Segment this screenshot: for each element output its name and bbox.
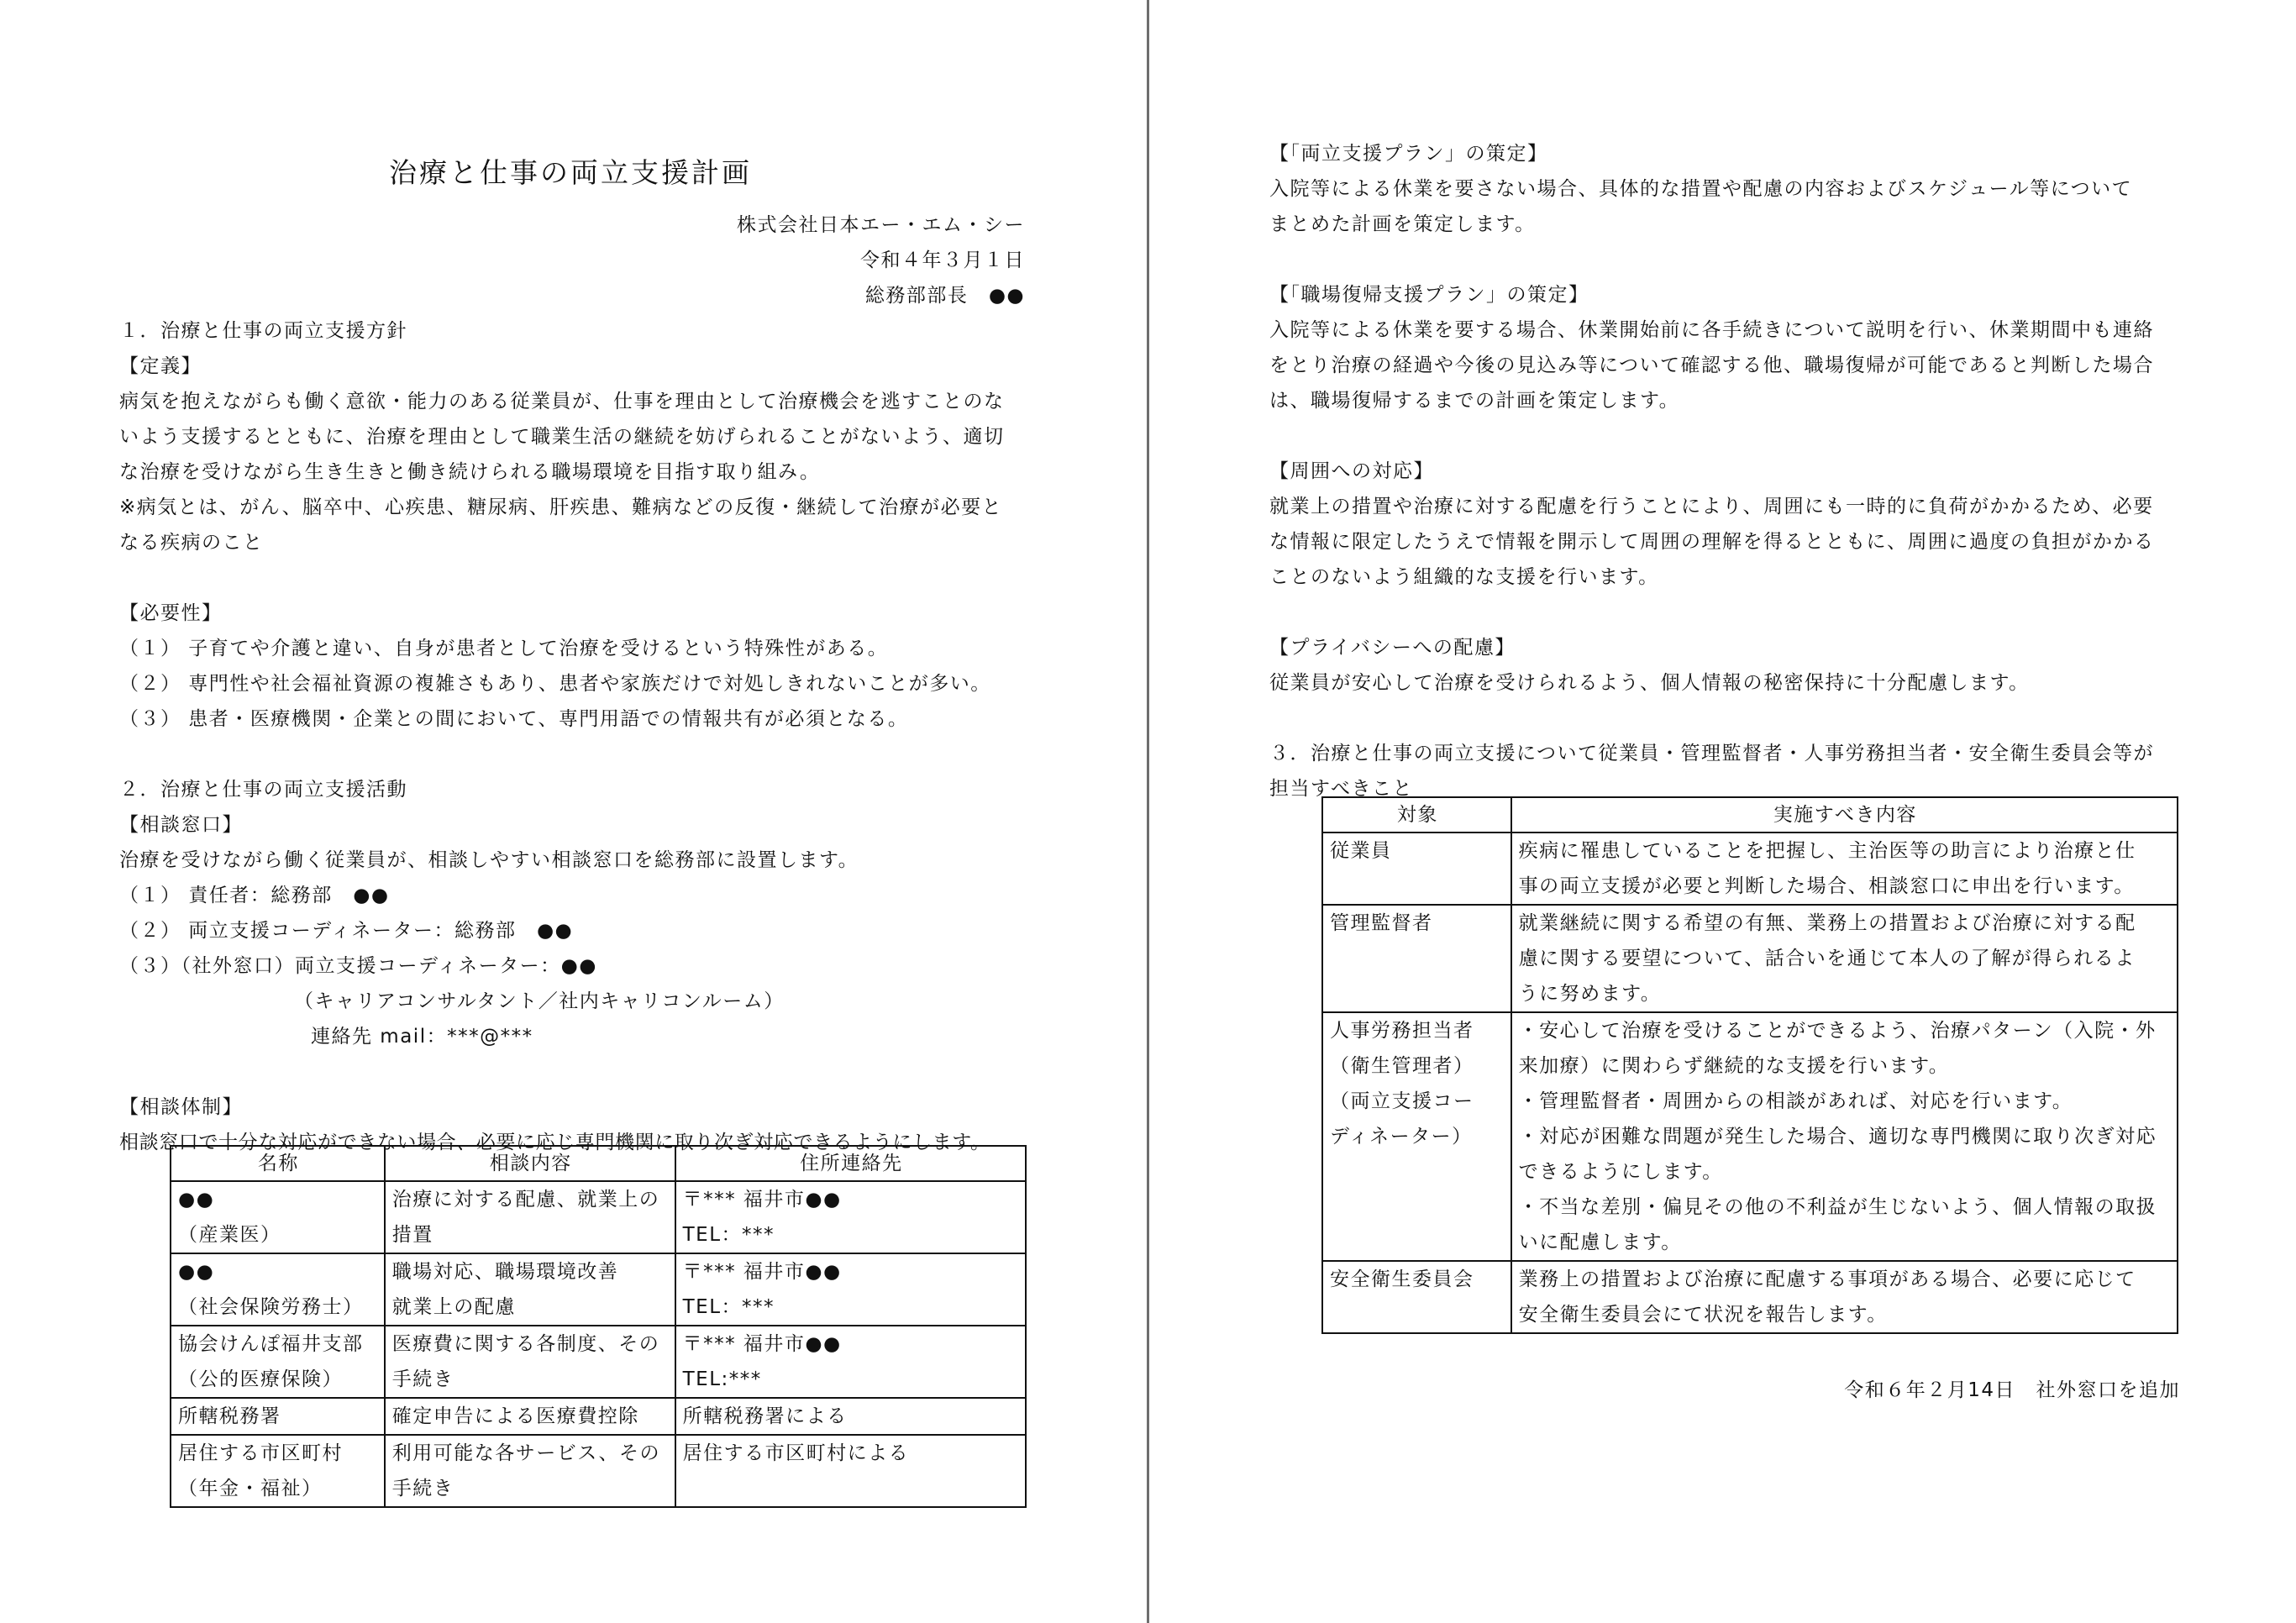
table-row: 管理監督者 就業継続に関する希望の有無、業務上の措置および治療に対する配 慮に関… (1322, 905, 2178, 1012)
document-title: 治療と仕事の両立支援計画 (389, 151, 752, 191)
org-name: 居住する市区町村 (178, 1436, 379, 1471)
address-cell: 所轄税務署による (675, 1398, 1026, 1435)
target-line: 従業員 (1330, 833, 1505, 869)
duty-cell: ・安心して治療を受けることができるよう、治療パターン（入院・外 来加療）に関わら… (1511, 1012, 2178, 1261)
column-header: 実施すべき内容 (1511, 797, 2178, 833)
duty-line: 疾病に罹患していることを把握し、主治医等の助言により治療と仕 (1519, 833, 2172, 869)
address-line: 〒*** 福井市●● (683, 1254, 1020, 1289)
necessity-item: （１） 子育てや介護と違い、自身が患者として治療を受けるという特殊性がある。 (119, 631, 888, 666)
org-name: 協会けんぽ福井支部 (178, 1326, 379, 1362)
target-cell: 安全衛生委員会 (1322, 1261, 1511, 1333)
surroundings-line: 就業上の措置や治療に対する配慮を行うことにより、周囲にも一時的に負荷がかかるため… (1269, 489, 2154, 524)
plan-line: 入院等による休業を要さない場合、具体的な措置や配慮の内容およびスケジュール等につ… (1269, 171, 2132, 207)
definition-line: ※病気とは、がん、脳卒中、心疾患、糖尿病、肝疾患、難病などの反復・継続して治療が… (119, 490, 1002, 525)
org-type: （公的医療保険） (178, 1362, 379, 1397)
phone-line: TEL：*** (683, 1217, 1020, 1253)
privacy-label: 【プライバシーへの配慮】 (1269, 630, 1516, 665)
revision-note: 令和６年２月14日 社外窓口を追加 (1844, 1373, 2180, 1408)
column-header: 住所連絡先 (675, 1146, 1026, 1181)
content-line: 措置 (392, 1217, 670, 1253)
content-cell: 治療に対する配慮、就業上の 措置 (385, 1181, 675, 1253)
content-line: 医療費に関する各制度、その (392, 1326, 670, 1362)
return-plan-label: 【「職場復帰支援プラン」の策定】 (1269, 277, 1589, 313)
duty-cell: 業務上の措置および治療に配慮する事項がある場合、必要に応じて 安全衛生委員会にて… (1511, 1261, 2178, 1333)
surroundings-line: ことのないよう組織的な支援を行います。 (1269, 559, 1659, 595)
duty-line: 安全衛生委員会にて状況を報告します。 (1519, 1297, 2172, 1332)
table-row: ●● （社会保険労務士） 職場対応、職場環境改善 就業上の配慮 〒*** 福井市… (171, 1253, 1026, 1326)
target-cell: 人事労務担当者 （衛生管理者） （両立支援コー ディネーター） (1322, 1012, 1511, 1261)
section1-heading: １．治療と仕事の両立支援方針 (119, 313, 407, 349)
definition-line: いよう支援するとともに、治療を理由として職業生活の継続を妨げられることがないよう… (119, 419, 1005, 454)
return-plan-line: は、職場復帰するまでの計画を策定します。 (1269, 383, 1679, 418)
phone-line: TEL:*** (683, 1362, 1020, 1397)
content-line: 確定申告による医療費控除 (392, 1399, 670, 1434)
org-type: （産業医） (178, 1217, 379, 1253)
target-line: （両立支援コー (1330, 1084, 1505, 1119)
content-line: 治療に対する配慮、就業上の (392, 1182, 670, 1217)
org-name-cell: 所轄税務署 (171, 1398, 385, 1435)
definition-line: 病気を抱えながらも働く意欲・能力のある従業員が、仕事を理由として治療機会を逃すこ… (119, 384, 1005, 419)
external-window-note: （キャリアコンサルタント／社内キャリコンルーム） (294, 984, 785, 1019)
target-line: （衛生管理者） (1330, 1048, 1505, 1084)
privacy-line: 従業員が安心して治療を受けられるよう、個人情報の秘密保持に十分配慮します。 (1269, 665, 2030, 701)
column-header: 対象 (1322, 797, 1511, 833)
duty-line: ・対応が困難な問題が発生した場合、適切な専門機関に取り次ぎ対応 (1519, 1119, 2172, 1154)
duty-line: 業務上の措置および治療に配慮する事項がある場合、必要に応じて (1519, 1262, 2172, 1297)
table-header-row: 対象 実施すべき内容 (1322, 797, 2178, 833)
duty-line: ・管理監督者・周囲からの相談があれば、対応を行います。 (1519, 1084, 2172, 1119)
content-line: 職場対応、職場環境改善 (392, 1254, 670, 1289)
company-name: 株式会社日本エー・エム・シー (737, 207, 1025, 243)
content-cell: 利用可能な各サービス、その 手続き (385, 1435, 675, 1507)
consultation-window-label: 【相談窓口】 (119, 807, 243, 843)
address-line: 〒*** 福井市●● (683, 1326, 1020, 1362)
duty-line: ・安心して治療を受けることができるよう、治療パターン（入院・外 (1519, 1013, 2172, 1048)
target-line: ディネーター） (1330, 1119, 1505, 1154)
definition-label: 【定義】 (119, 349, 202, 384)
org-name-cell: 居住する市区町村 （年金・福祉） (171, 1435, 385, 1507)
duty-line: いに配慮します。 (1519, 1225, 2172, 1260)
duty-line: 就業継続に関する希望の有無、業務上の措置および治療に対する配 (1519, 906, 2172, 941)
necessity-item: （２） 専門性や社会福祉資源の複雑さもあり、患者や家族だけで対処しきれないことが… (119, 666, 991, 701)
content-line: 手続き (392, 1362, 670, 1397)
table-row: 人事労務担当者 （衛生管理者） （両立支援コー ディネーター） ・安心して治療を… (1322, 1012, 2178, 1261)
content-cell: 職場対応、職場環境改善 就業上の配慮 (385, 1253, 675, 1326)
org-name: 所轄税務署 (178, 1399, 379, 1434)
content-line: 就業上の配慮 (392, 1289, 670, 1325)
org-name-cell: ●● （産業医） (171, 1181, 385, 1253)
section2-heading: ２．治療と仕事の両立支援活動 (119, 772, 407, 807)
table-row: 協会けんぽ福井支部 （公的医療保険） 医療費に関する各制度、その 手続き 〒**… (171, 1326, 1026, 1398)
duty-line: 慮に関する要望について、話合いを通じて本人の了解が得られるよ (1519, 941, 2172, 976)
surroundings-label: 【周囲への対応】 (1269, 454, 1434, 489)
table-row: 従業員 疾病に罹患していることを把握し、主治医等の助言により治療と仕 事の両立支… (1322, 833, 2178, 905)
target-line: 人事労務担当者 (1330, 1013, 1505, 1048)
consultation-window-item: （３）（社外窓口）両立支援コーディネーター：●● (119, 948, 597, 984)
content-cell: 医療費に関する各制度、その 手続き (385, 1326, 675, 1398)
consultation-table: 名称 相談内容 住所連絡先 ●● （産業医） 治療に対する配慮、就業上の 措置 … (170, 1145, 1027, 1508)
duty-cell: 疾病に罹患していることを把握し、主治医等の助言により治療と仕 事の両立支援が必要… (1511, 833, 2178, 905)
surroundings-line: な情報に限定したうえで情報を開示して周囲の理解を得るとともに、周囲に過度の負担が… (1269, 524, 2155, 559)
duty-line: 来加療）に関わらず継続的な支援を行います。 (1519, 1048, 2172, 1084)
column-header: 名称 (171, 1146, 385, 1181)
consultation-window-item: （１） 責任者：総務部 ●● (119, 878, 389, 913)
responsibilities-table: 対象 実施すべき内容 従業員 疾病に罹患していることを把握し、主治医等の助言によ… (1321, 796, 2178, 1334)
necessity-item: （３） 患者・医療機関・企業との間において、専門用語での情報共有が必須となる。 (119, 701, 908, 737)
address-cell: 居住する市区町村による (675, 1435, 1026, 1507)
content-line: 利用可能な各サービス、その (392, 1436, 670, 1471)
target-cell: 従業員 (1322, 833, 1511, 905)
duty-line: うに努めます。 (1519, 976, 2172, 1011)
duty-line: ・不当な差別・偏見その他の不利益が生じないよう、個人情報の取扱 (1519, 1190, 2172, 1225)
consultation-window-intro: 治療を受けながら働く従業員が、相談しやすい相談窓口を総務部に設置します。 (119, 843, 859, 878)
org-type: （社会保険労務士） (178, 1289, 379, 1325)
right-page: 【「両立支援プラン」の策定】 入院等による休業を要さない場合、具体的な措置や配慮… (1149, 0, 2296, 1623)
table-row: 安全衛生委員会 業務上の措置および治療に配慮する事項がある場合、必要に応じて 安… (1322, 1261, 2178, 1333)
consultation-system-label: 【相談体制】 (119, 1090, 243, 1125)
table-header-row: 名称 相談内容 住所連絡先 (171, 1146, 1026, 1181)
org-name-cell: 協会けんぽ福井支部 （公的医療保険） (171, 1326, 385, 1398)
target-line: 管理監督者 (1330, 906, 1505, 941)
duty-cell: 就業継続に関する希望の有無、業務上の措置および治療に対する配 慮に関する要望につ… (1511, 905, 2178, 1012)
table-row: 所轄税務署 確定申告による医療費控除 所轄税務署による (171, 1398, 1026, 1435)
return-plan-line: をとり治療の経過や今後の見込み等について確認する他、職場復帰が可能であると判断し… (1269, 348, 2154, 383)
address-line: 〒*** 福井市●● (683, 1182, 1020, 1217)
content-line: 手続き (392, 1471, 670, 1506)
plan-label: 【「両立支援プラン」の策定】 (1269, 136, 1548, 171)
section3-heading: ３．治療と仕事の両立支援について従業員・管理監督者・人事労務担当者・安全衛生委員… (1269, 736, 2154, 771)
target-cell: 管理監督者 (1322, 905, 1511, 1012)
address-cell: 〒*** 福井市●● TEL：*** (675, 1253, 1026, 1326)
org-type: （年金・福祉） (178, 1471, 379, 1506)
org-name: ●● (178, 1182, 379, 1217)
duty-line: 事の両立支援が必要と判断した場合、相談窓口に申出を行います。 (1519, 869, 2172, 904)
org-name: ●● (178, 1254, 379, 1289)
plan-line: まとめた計画を策定します。 (1269, 207, 1536, 242)
necessity-label: 【必要性】 (119, 596, 223, 631)
table-row: 居住する市区町村 （年金・福祉） 利用可能な各サービス、その 手続き 居住する市… (171, 1435, 1026, 1507)
phone-line: TEL：*** (683, 1289, 1020, 1325)
consultation-window-item: （２） 両立支援コーディネーター：総務部 ●● (119, 913, 573, 948)
document-date: 令和４年３月１日 (860, 243, 1025, 278)
duty-line: できるようにします。 (1519, 1154, 2172, 1190)
column-header: 相談内容 (385, 1146, 675, 1181)
definition-line: な治療を受けながら生き生きと働き続けられる職場環境を目指す取り組み。 (119, 454, 820, 490)
target-line: 安全衛生委員会 (1330, 1262, 1505, 1297)
table-row: ●● （産業医） 治療に対する配慮、就業上の 措置 〒*** 福井市●● TEL… (171, 1181, 1026, 1253)
definition-line: なる疾病のこと (119, 525, 264, 560)
address-cell: 〒*** 福井市●● TEL：*** (675, 1181, 1026, 1253)
address-line: 居住する市区町村による (683, 1436, 1020, 1471)
return-plan-line: 入院等による休業を要する場合、休業開始前に各手続きについて説明を行い、休業期間中… (1269, 313, 2154, 348)
org-name-cell: ●● （社会保険労務士） (171, 1253, 385, 1326)
content-cell: 確定申告による医療費控除 (385, 1398, 675, 1435)
address-line: 所轄税務署による (683, 1399, 1020, 1434)
left-page: 治療と仕事の両立支援計画 株式会社日本エー・エム・シー 令和４年３月１日 総務部… (0, 0, 1147, 1623)
document-author: 総務部部長 ●● (865, 278, 1025, 313)
contact-email: 連絡先 mail：***@*** (311, 1019, 533, 1054)
address-cell: 〒*** 福井市●● TEL:*** (675, 1326, 1026, 1398)
